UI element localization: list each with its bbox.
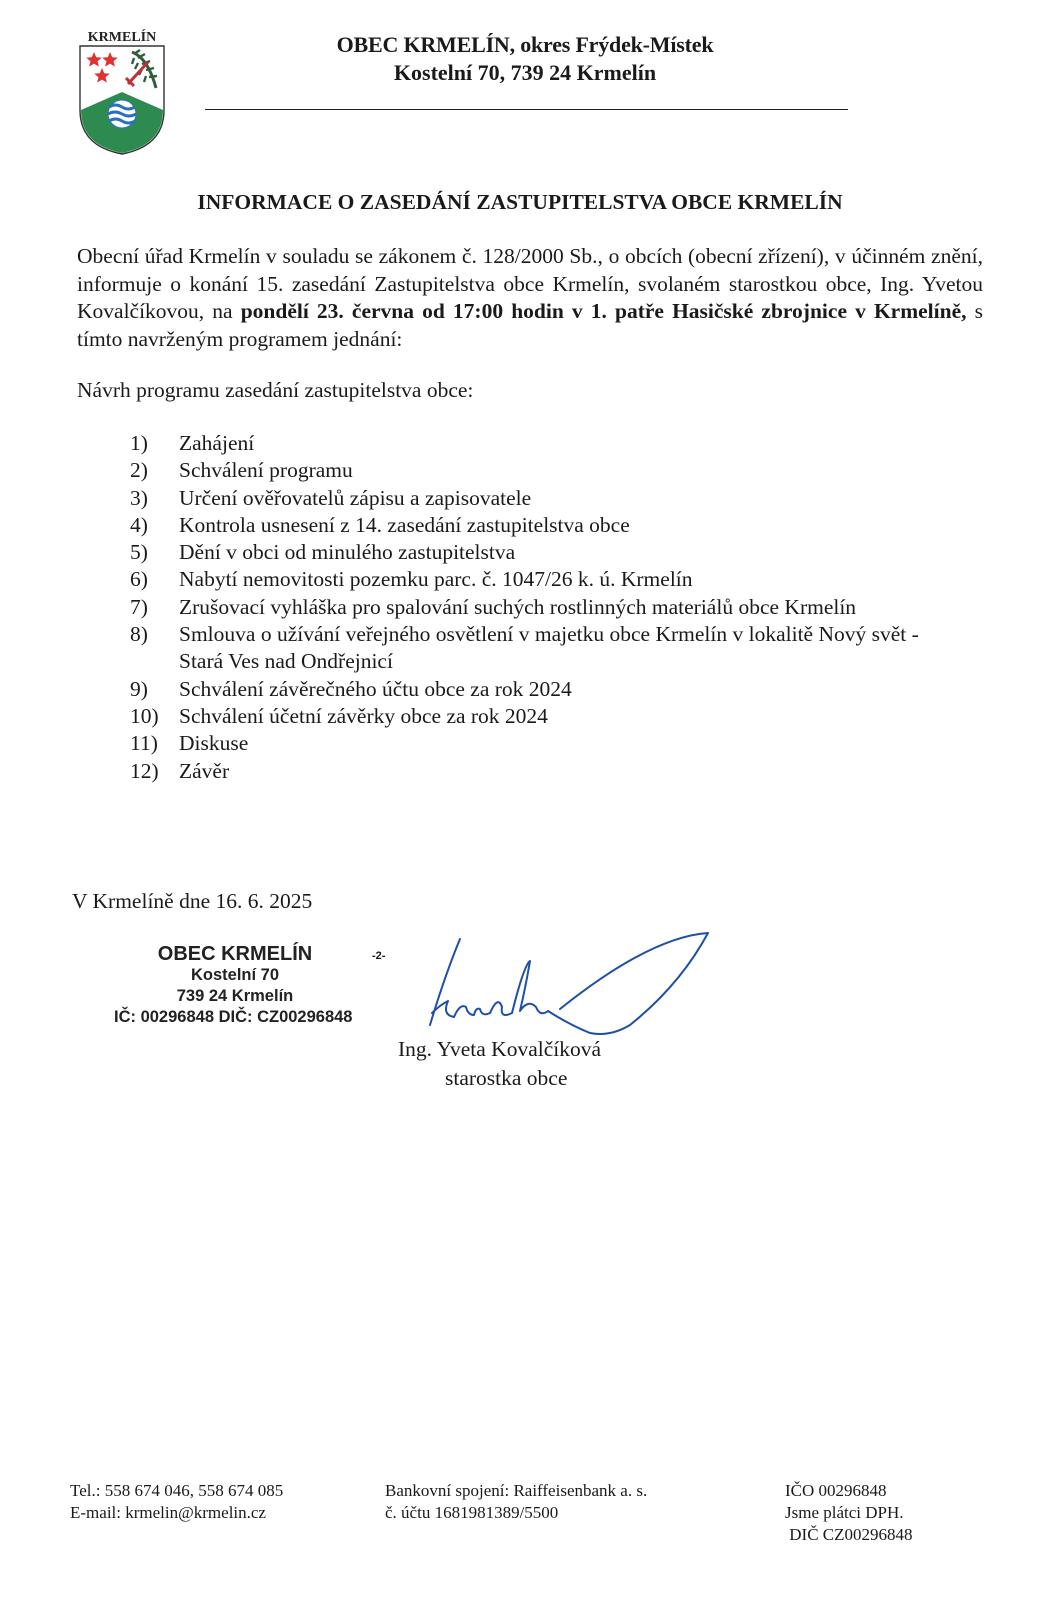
agenda-item-text: Schválení závěrečného účtu obce za rok 2… xyxy=(179,677,572,701)
footer-bank: Bankovní spojení: Raiffeisenbank a. s. č… xyxy=(385,1480,647,1524)
letterhead-address: Kostelní 70, 739 24 Krmelín xyxy=(200,60,850,86)
agenda-item-text: Schválení programu xyxy=(179,458,353,482)
agenda-item-text: Závěr xyxy=(179,759,229,783)
place-and-date: V Krmelíně dne 16. 6. 2025 xyxy=(72,889,312,914)
footer-dic: DIČ CZ00296848 xyxy=(785,1524,913,1546)
agenda-item: 11)Diskuse xyxy=(130,730,950,757)
agenda-item-text: Zahájení xyxy=(179,431,254,455)
agenda-item-number: 5) xyxy=(130,539,148,566)
agenda-item: 5)Dění v obci od minulého zastupitelstva xyxy=(130,539,950,566)
agenda-item-number: 1) xyxy=(130,430,148,457)
agenda-item-number: 12) xyxy=(130,758,159,785)
footer-tax-ids: IČO 00296848 Jsme plátci DPH. DIČ CZ0029… xyxy=(785,1480,913,1546)
agenda-item-text: Zrušovací vyhláška pro spalování suchých… xyxy=(179,595,856,619)
stamp-title: OBEC KRMELÍN xyxy=(120,944,350,965)
agenda-item: 1)Zahájení xyxy=(130,430,950,457)
agenda-item-number: 9) xyxy=(130,676,148,703)
footer-email[interactable]: E-mail: krmelin@krmelin.cz xyxy=(70,1502,283,1524)
crest-label: KRMELÍN xyxy=(88,28,156,45)
footer-vat-payer: Jsme plátci DPH. xyxy=(785,1502,913,1524)
stamp-street: Kostelní 70 xyxy=(120,965,350,986)
agenda-item: 12)Závěr xyxy=(130,758,950,785)
agenda-item: 6)Nabytí nemovitosti pozemku parc. č. 10… xyxy=(130,566,950,593)
footer-bank-name: Bankovní spojení: Raiffeisenbank a. s. xyxy=(385,1480,647,1502)
signer-role: starostka obce xyxy=(445,1066,567,1091)
footer-ico: IČO 00296848 xyxy=(785,1480,913,1502)
agenda-item-number: 11) xyxy=(130,730,158,757)
official-stamp: OBEC KRMELÍN Kostelní 70 739 24 Krmelín … xyxy=(120,944,350,1028)
coat-of-arms-logo: KRMELÍN xyxy=(74,28,170,156)
agenda-heading: Návrh programu zasedání zastupitelstva o… xyxy=(77,378,473,403)
footer-contact: Tel.: 558 674 046, 558 674 085 E-mail: k… xyxy=(70,1480,283,1524)
agenda-item-text: Nabytí nemovitosti pozemku parc. č. 1047… xyxy=(179,567,693,591)
intro-paragraph: Obecní úřad Krmelín v souladu se zákonem… xyxy=(77,243,983,353)
signer-name: Ing. Yveta Kovalčíková xyxy=(398,1037,601,1062)
agenda-item: 4)Kontrola usnesení z 14. zasedání zastu… xyxy=(130,512,950,539)
letterhead-divider xyxy=(205,109,848,110)
agenda-item: 2)Schválení programu xyxy=(130,457,950,484)
meeting-date-place: pondělí 23. června od 17:00 hodin v 1. p… xyxy=(241,299,967,323)
agenda-item: 9)Schválení závěrečného účtu obce za rok… xyxy=(130,676,950,703)
agenda-item: 7)Zrušovací vyhláška pro spalování suchý… xyxy=(130,594,950,621)
document-title: INFORMACE O ZASEDÁNÍ ZASTUPITELSTVA OBCE… xyxy=(60,190,980,215)
stamp-ids: IČ: 00296848 DIČ: CZ00296848 xyxy=(114,1007,350,1028)
agenda-list: 1)Zahájení2)Schválení programu3)Určení o… xyxy=(130,430,950,785)
agenda-item-number: 6) xyxy=(130,566,148,593)
agenda-item: 8)Smlouva o užívání veřejného osvětlení … xyxy=(130,621,950,676)
handwritten-signature xyxy=(420,925,720,1035)
stamp-number-mark: -2- xyxy=(372,950,385,962)
stamp-city: 739 24 Krmelín xyxy=(120,986,350,1007)
agenda-item-number: 4) xyxy=(130,512,148,539)
agenda-item-text: Schválení účetní závěrky obce za rok 202… xyxy=(179,704,548,728)
agenda-item-number: 8) xyxy=(130,621,148,648)
agenda-item-text: Diskuse xyxy=(179,731,248,755)
footer-account: č. účtu 1681981389/5500 xyxy=(385,1502,647,1524)
letterhead-municipality: OBEC KRMELÍN, okres Frýdek-Místek xyxy=(200,32,850,58)
agenda-item: 3)Určení ověřovatelů zápisu a zapisovate… xyxy=(130,485,950,512)
agenda-item-text: Dění v obci od minulého zastupitelstva xyxy=(179,540,515,564)
agenda-item-text: Smlouva o užívání veřejného osvětlení v … xyxy=(179,622,919,673)
agenda-item-number: 3) xyxy=(130,485,148,512)
agenda-item-number: 7) xyxy=(130,594,148,621)
agenda-item-text: Kontrola usnesení z 14. zasedání zastupi… xyxy=(179,513,630,537)
agenda-item-number: 2) xyxy=(130,457,148,484)
footer-phone: Tel.: 558 674 046, 558 674 085 xyxy=(70,1480,283,1502)
agenda-item: 10)Schválení účetní závěrky obce za rok … xyxy=(130,703,950,730)
water-wave-icon xyxy=(108,100,136,128)
agenda-item-number: 10) xyxy=(130,703,159,730)
agenda-item-text: Určení ověřovatelů zápisu a zapisovatele xyxy=(179,486,531,510)
